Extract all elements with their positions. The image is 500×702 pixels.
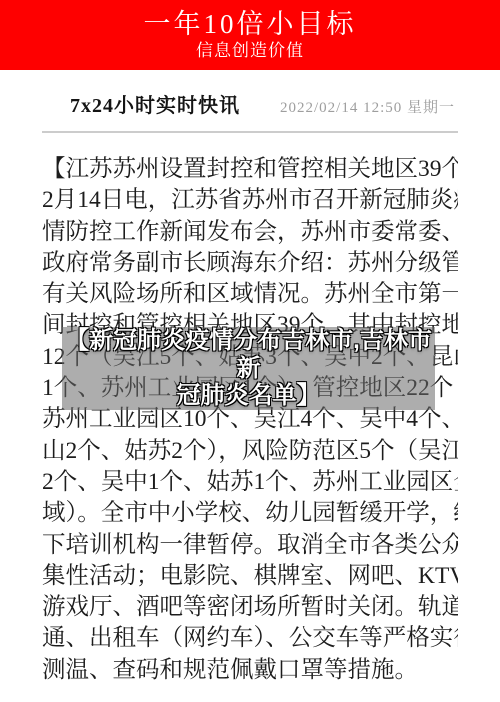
site-slogan: 信息创造价值 <box>0 40 500 61</box>
article-timestamp: 2022/02/14 12:50 星期一 <box>280 96 455 117</box>
article-line: 游戏厅、酒吧等密闭场所暂时关闭。轨道交 <box>42 592 458 623</box>
article-line: 通、出租车（网约车）、公交车等严格实行 <box>42 623 458 654</box>
header-divider <box>42 131 458 133</box>
article-line: 政府常务副市长顾海东介绍：苏州分级管控 <box>42 248 458 279</box>
article-line: 有关风险场所和区域情况。苏州全市第一时 <box>42 279 458 310</box>
article-headline: 【江苏苏州设置封控和管控相关地区39个】 <box>42 154 458 185</box>
article-line: 2月14日电，江苏省苏州市召开新冠肺炎疫 <box>42 185 458 216</box>
article-page: 一年10倍小目标 信息创造价值 7x24小时实时快讯 2022/02/14 12… <box>0 0 500 702</box>
article-line: 集性活动；电影院、棋牌室、网吧、KTV、 <box>42 561 458 592</box>
watermark-text-line1: 【新冠肺炎疫情分布吉林市,吉林市新 <box>62 327 435 382</box>
watermark-overlay: 【新冠肺炎疫情分布吉林市,吉林市新 冠肺炎名单】 <box>62 327 435 410</box>
site-title: 一年10倍小目标 <box>0 0 500 40</box>
article-line: 域）。全市中小学校、幼儿园暂缓开学，线 <box>42 498 458 529</box>
article-body: 【江苏苏州设置封控和管控相关地区39个】 2月14日电，江苏省苏州市召开新冠肺炎… <box>42 154 458 686</box>
news-header: 7x24小时实时快讯 2022/02/14 12:50 星期一 <box>70 89 455 118</box>
article-line: 下培训机构一律暂停。取消全市各类公众聚 <box>42 530 458 561</box>
article-line: 测温、查码和规范佩戴口罩等措施。 <box>42 655 458 686</box>
article-line: 山2个、姑苏2个），风险防范区5个（吴江 <box>42 436 458 467</box>
article-line: 情防控工作新闻发布会，苏州市委常委、市 <box>42 217 458 248</box>
ticker-title: 7x24小时实时快讯 <box>70 89 240 118</box>
site-banner: 一年10倍小目标 信息创造价值 <box>0 0 500 70</box>
article-line: 2个、吴中1个、姑苏1个、苏州工业园区全 <box>42 467 458 498</box>
watermark-text-line2: 冠肺炎名单】 <box>62 382 435 410</box>
